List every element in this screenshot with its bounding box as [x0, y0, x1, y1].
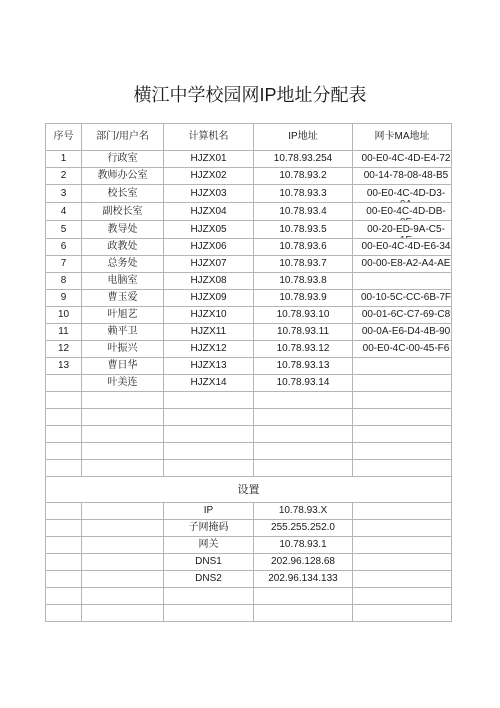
empty-cell — [82, 588, 164, 605]
setting-label: DNS2 — [164, 571, 254, 588]
row-mac: 00-E0-4C-4D-E6-34 — [353, 239, 452, 256]
table-row: 4副校长室HJZX0410.78.93.400-E0-4C-4D-DB-0E — [46, 203, 452, 221]
row-department: 叶旭艺 — [82, 307, 164, 324]
table-row: 3校长室HJZX0310.78.93.300-E0-4C-4D-D3-0A — [46, 185, 452, 203]
empty-cell — [46, 503, 82, 520]
row-mac: 00-0A-E6-D4-4B-90 — [353, 324, 452, 341]
empty-cell — [46, 392, 82, 409]
row-number: 3 — [46, 185, 82, 203]
empty-cell — [254, 460, 353, 477]
empty-cell — [82, 554, 164, 571]
row-department: 校长室 — [82, 185, 164, 203]
empty-cell — [254, 409, 353, 426]
header-ip: IP地址 — [254, 124, 353, 151]
empty-cell — [164, 409, 254, 426]
empty-cell — [353, 460, 452, 477]
ip-allocation-table: 序号 部门/用户名 计算机名 IP地址 网卡MA地址 1行政室HJZX0110.… — [45, 123, 452, 622]
row-mac: 00-10-5C-CC-6B-7F — [353, 290, 452, 307]
row-ip: 10.78.93.3 — [254, 185, 353, 203]
empty-cell — [82, 392, 164, 409]
empty-cell — [164, 605, 254, 622]
settings-row: IP10.78.93.X — [46, 503, 452, 520]
empty-row — [46, 460, 452, 477]
empty-row — [46, 605, 452, 622]
settings-heading: 设置 — [46, 477, 452, 503]
row-department: 教导处 — [82, 221, 164, 239]
row-mac: 00-E0-4C-4D-E4-72 — [353, 151, 452, 168]
empty-row — [46, 443, 452, 460]
row-mac — [353, 375, 452, 392]
empty-cell — [353, 571, 452, 588]
table-row: 11赖平卫HJZX1110.78.93.1100-0A-E6-D4-4B-90 — [46, 324, 452, 341]
row-number: 2 — [46, 168, 82, 185]
row-number: 7 — [46, 256, 82, 273]
page-title: 横江中学校园网IP地址分配表 — [0, 84, 500, 106]
empty-cell — [46, 460, 82, 477]
row-department: 副校长室 — [82, 203, 164, 221]
row-mac: 00-20-ED-9A-C5-1E — [353, 221, 452, 239]
settings-heading-row: 设置 — [46, 477, 452, 503]
row-ip: 10.78.93.9 — [254, 290, 353, 307]
row-department: 曹日华 — [82, 358, 164, 375]
empty-cell — [82, 605, 164, 622]
table-row: 10叶旭艺HJZX1010.78.93.1000-01-6C-C7-69-C8 — [46, 307, 452, 324]
header-department: 部门/用户名 — [82, 124, 164, 151]
empty-cell — [82, 443, 164, 460]
row-department: 总务处 — [82, 256, 164, 273]
table-row: 5教导处HJZX0510.78.93.500-20-ED-9A-C5-1E — [46, 221, 452, 239]
table-row: 9曹玉爱HJZX0910.78.93.900-10-5C-CC-6B-7F — [46, 290, 452, 307]
row-hostname: HJZX05 — [164, 221, 254, 239]
empty-cell — [46, 537, 82, 554]
row-hostname: HJZX08 — [164, 273, 254, 290]
empty-cell — [254, 588, 353, 605]
empty-cell — [82, 460, 164, 477]
row-mac — [353, 358, 452, 375]
header-no: 序号 — [46, 124, 82, 151]
setting-label: DNS1 — [164, 554, 254, 571]
empty-cell — [82, 571, 164, 588]
row-department: 教师办公室 — [82, 168, 164, 185]
row-mac: 00-E0-4C-4D-DB-0E — [353, 203, 452, 221]
row-number: 10 — [46, 307, 82, 324]
empty-cell — [82, 503, 164, 520]
empty-cell — [353, 503, 452, 520]
row-hostname: HJZX13 — [164, 358, 254, 375]
empty-cell — [353, 588, 452, 605]
empty-cell — [353, 409, 452, 426]
empty-cell — [353, 392, 452, 409]
empty-cell — [164, 588, 254, 605]
empty-cell — [46, 571, 82, 588]
row-department: 政教处 — [82, 239, 164, 256]
empty-cell — [254, 443, 353, 460]
empty-cell — [82, 520, 164, 537]
setting-value: 10.78.93.X — [254, 503, 353, 520]
empty-row — [46, 409, 452, 426]
row-ip: 10.78.93.2 — [254, 168, 353, 185]
row-hostname: HJZX12 — [164, 341, 254, 358]
setting-label: 网关 — [164, 537, 254, 554]
empty-cell — [254, 426, 353, 443]
row-number: 9 — [46, 290, 82, 307]
empty-cell — [353, 554, 452, 571]
row-hostname: HJZX06 — [164, 239, 254, 256]
table-row: 12叶振兴HJZX1210.78.93.1200-E0-4C-00-45-F6 — [46, 341, 452, 358]
setting-value: 10.78.93.1 — [254, 537, 353, 554]
row-mac-line1: 00-E0-4C-4D-D3- — [361, 185, 451, 200]
empty-cell — [254, 605, 353, 622]
row-ip: 10.78.93.4 — [254, 203, 353, 221]
empty-cell — [82, 409, 164, 426]
empty-cell — [46, 605, 82, 622]
row-department: 叶美连 — [82, 375, 164, 392]
row-hostname: HJZX11 — [164, 324, 254, 341]
row-number: 11 — [46, 324, 82, 341]
row-mac: 00-E0-4C-00-45-F6 — [353, 341, 452, 358]
table-row: 7总务处HJZX0710.78.93.700-00-E8-A2-A4-AE — [46, 256, 452, 273]
row-ip: 10.78.93.13 — [254, 358, 353, 375]
empty-cell — [353, 426, 452, 443]
setting-label: 子网掩码 — [164, 520, 254, 537]
row-ip: 10.78.93.7 — [254, 256, 353, 273]
empty-cell — [353, 537, 452, 554]
empty-cell — [46, 554, 82, 571]
table-row: 2教师办公室HJZX0210.78.93.200-14-78-08-48-B5 — [46, 168, 452, 185]
row-mac: 00-E0-4C-4D-D3-0A — [353, 185, 452, 203]
settings-row: 网关10.78.93.1 — [46, 537, 452, 554]
empty-cell — [164, 426, 254, 443]
empty-cell — [353, 605, 452, 622]
row-hostname: HJZX02 — [164, 168, 254, 185]
setting-value: 202.96.134.133 — [254, 571, 353, 588]
row-mac: 00-14-78-08-48-B5 — [353, 168, 452, 185]
row-ip: 10.78.93.8 — [254, 273, 353, 290]
row-ip: 10.78.93.254 — [254, 151, 353, 168]
row-mac: 00-00-E8-A2-A4-AE — [353, 256, 452, 273]
row-number: 8 — [46, 273, 82, 290]
empty-row — [46, 426, 452, 443]
row-hostname: HJZX03 — [164, 185, 254, 203]
row-number: 5 — [46, 221, 82, 239]
row-hostname: HJZX09 — [164, 290, 254, 307]
row-department: 赖平卫 — [82, 324, 164, 341]
row-number: 6 — [46, 239, 82, 256]
row-mac: 00-01-6C-C7-69-C8 — [353, 307, 452, 324]
row-hostname: HJZX01 — [164, 151, 254, 168]
row-hostname: HJZX04 — [164, 203, 254, 221]
row-mac — [353, 273, 452, 290]
empty-cell — [164, 443, 254, 460]
header-hostname: 计算机名 — [164, 124, 254, 151]
row-number: 4 — [46, 203, 82, 221]
row-department: 电脑室 — [82, 273, 164, 290]
row-number: 1 — [46, 151, 82, 168]
row-hostname: HJZX10 — [164, 307, 254, 324]
row-ip: 10.78.93.10 — [254, 307, 353, 324]
row-mac-line1: 00-20-ED-9A-C5- — [361, 221, 451, 236]
row-ip: 10.78.93.12 — [254, 341, 353, 358]
empty-row — [46, 392, 452, 409]
empty-cell — [46, 443, 82, 460]
empty-row — [46, 588, 452, 605]
row-ip: 10.78.93.6 — [254, 239, 353, 256]
row-number — [46, 375, 82, 392]
empty-cell — [164, 392, 254, 409]
empty-cell — [46, 520, 82, 537]
table-header-row: 序号 部门/用户名 计算机名 IP地址 网卡MA地址 — [46, 124, 452, 151]
row-hostname: HJZX07 — [164, 256, 254, 273]
row-mac-line1: 00-E0-4C-4D-DB- — [361, 203, 451, 218]
empty-cell — [82, 537, 164, 554]
settings-row: DNS1202.96.128.68 — [46, 554, 452, 571]
empty-cell — [353, 443, 452, 460]
setting-label: IP — [164, 503, 254, 520]
settings-row: 子网掩码255.255.252.0 — [46, 520, 452, 537]
row-department: 行政室 — [82, 151, 164, 168]
setting-value: 255.255.252.0 — [254, 520, 353, 537]
row-ip: 10.78.93.14 — [254, 375, 353, 392]
empty-cell — [46, 409, 82, 426]
settings-row: DNS2202.96.134.133 — [46, 571, 452, 588]
row-department: 叶振兴 — [82, 341, 164, 358]
empty-cell — [254, 392, 353, 409]
row-ip: 10.78.93.11 — [254, 324, 353, 341]
table-row: 叶美连HJZX1410.78.93.14 — [46, 375, 452, 392]
row-hostname: HJZX14 — [164, 375, 254, 392]
empty-cell — [46, 588, 82, 605]
row-department: 曹玉爱 — [82, 290, 164, 307]
row-number: 12 — [46, 341, 82, 358]
table-row: 8电脑室HJZX0810.78.93.8 — [46, 273, 452, 290]
row-number: 13 — [46, 358, 82, 375]
table-row: 13曹日华HJZX1310.78.93.13 — [46, 358, 452, 375]
row-ip: 10.78.93.5 — [254, 221, 353, 239]
empty-cell — [164, 460, 254, 477]
empty-cell — [353, 520, 452, 537]
table-row: 6政教处HJZX0610.78.93.600-E0-4C-4D-E6-34 — [46, 239, 452, 256]
header-mac: 网卡MA地址 — [353, 124, 452, 151]
table-row: 1行政室HJZX0110.78.93.25400-E0-4C-4D-E4-72 — [46, 151, 452, 168]
setting-value: 202.96.128.68 — [254, 554, 353, 571]
empty-cell — [46, 426, 82, 443]
empty-cell — [82, 426, 164, 443]
